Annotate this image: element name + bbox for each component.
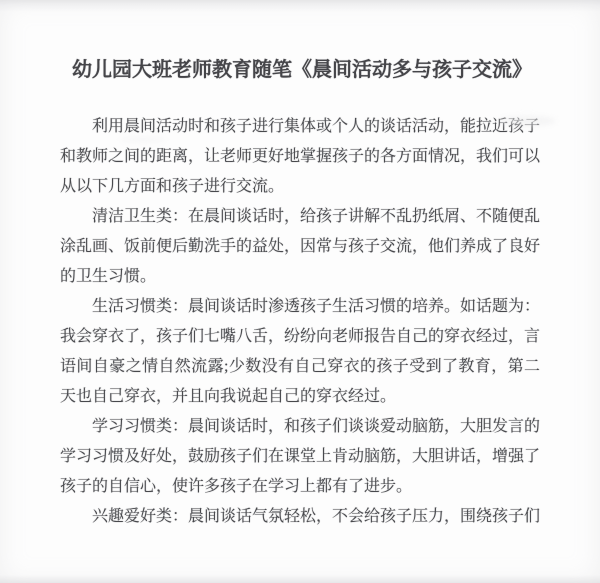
- scan-edge-bottom: [0, 575, 600, 583]
- document-body: 利用晨间活动时和孩子进行集体或个人的谈话活动，能拉近孩子和教师之间的距离，让老师…: [60, 112, 540, 532]
- document-title: 幼儿园大班老师教育随笔《晨间活动多与孩子交流》: [72, 50, 528, 91]
- scan-edge-top: [0, 0, 600, 12]
- paragraph-intro: 利用晨间活动时和孩子进行集体或个人的谈话活动，能拉近孩子和教师之间的距离，让老师…: [60, 112, 540, 202]
- scanned-document-page: 幼儿园大班老师教育随笔《晨间活动多与孩子交流》 利用晨间活动时和孩子进行集体或个…: [0, 0, 600, 583]
- paragraph-study-habits: 学习习惯类：晨间谈话时，和孩子们谈谈爱动脑筋，大胆发言的学习习惯及好处，鼓励孩子…: [60, 412, 540, 502]
- paragraph-interests-truncated: 兴趣爱好类：晨间谈话气氛轻松，不会给孩子压力，围绕孩子们: [60, 502, 540, 532]
- paragraph-hygiene: 清洁卫生类：在晨间谈话时，给孩子讲解不乱扔纸屑、不随便乱涂乱画、饭前便后勤洗手的…: [60, 202, 540, 292]
- paragraph-life-habits: 生活习惯类：晨间谈话时渗透孩子生活习惯的培养。如话题为：我会穿衣了，孩子们七嘴八…: [60, 292, 540, 412]
